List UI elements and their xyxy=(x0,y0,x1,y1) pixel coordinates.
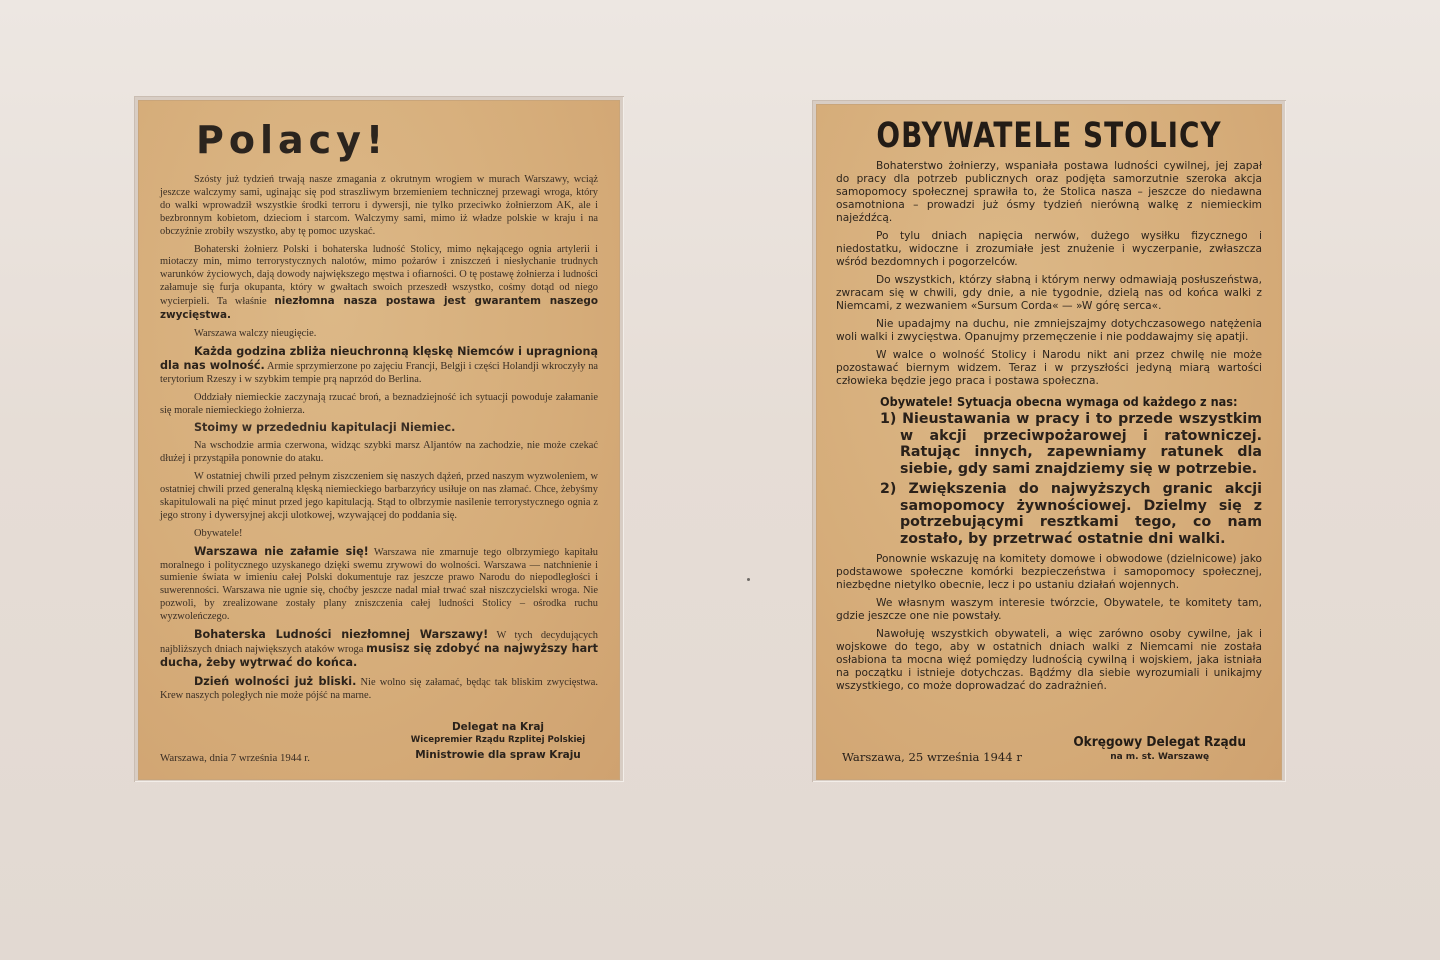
emphasis-text: Bohaterska Ludności niezłomnej Warszawy! xyxy=(194,628,488,641)
paragraph: Dzień wolności już bliski. Nie wolno się… xyxy=(160,676,598,703)
paragraph: Warszawa walczy nieugięcie. xyxy=(160,328,598,341)
paragraph: Na wschodzie armia czerwona, widząc szyb… xyxy=(160,440,598,466)
demand-item: 2) Zwiększenia do najwyższych granic akc… xyxy=(880,481,1262,547)
paragraph-text: W ostatniej chwili przed pełnym ziszczen… xyxy=(160,471,598,521)
poster-title: Polacy! xyxy=(196,118,598,162)
poster-title: OBYWATELE STOLICY xyxy=(836,116,1262,156)
paragraph: Bohaterska Ludności niezłomnej Warszawy!… xyxy=(160,629,598,671)
demand-item: 1) Nieustawania w pracy i to przede wszy… xyxy=(880,411,1262,477)
signature-line: Delegat na Kraj xyxy=(388,721,608,733)
emphasis-text: Dzień wolności już bliski. xyxy=(194,675,356,688)
mat-speck xyxy=(747,578,750,581)
paragraph: Nie upadajmy na duchu, nie zmniejszajmy … xyxy=(836,318,1262,344)
paragraph: Warszawa nie załamie się! Warszawa nie z… xyxy=(160,546,598,624)
paragraph-text: Szósty już tydzień trwają nasze zmagania… xyxy=(160,174,598,237)
signature-line: na m. st. Warszawę xyxy=(1073,752,1246,762)
poster-body: Szósty już tydzień trwają nasze zmagania… xyxy=(160,174,598,703)
paragraph: Po tylu dniach napięcia nerwów, dużego w… xyxy=(836,230,1262,269)
paragraph: Ponownie wskazuję na komitety domowe i o… xyxy=(836,553,1262,592)
signature-line: Wicepremier Rządu Rzplitej Polskiej xyxy=(388,735,608,745)
paragraph: Bohaterski żołnierz Polski i bohaterska … xyxy=(160,244,598,323)
signature-line: Okręgowy Delegat Rządu xyxy=(1073,734,1246,750)
signature-block: Delegat na Kraj Wicepremier Rządu Rzplit… xyxy=(388,721,608,761)
paragraph: W walce o wolność Stolicy i Narodu nikt … xyxy=(836,349,1262,388)
signature-block: Okręgowy Delegat Rządu na m. st. Warszaw… xyxy=(1073,734,1246,762)
poster-polacy: Polacy! Szósty już tydzień trwają nasze … xyxy=(138,100,620,780)
paragraph-text: Na wschodzie armia czerwona, widząc szyb… xyxy=(160,440,598,464)
paragraph-text: Oddziały niemieckie zaczynają rzucać bro… xyxy=(160,392,598,416)
poster-date: Warszawa, 25 września 1944 r xyxy=(842,750,1022,764)
paragraph: Szósty już tydzień trwają nasze zmagania… xyxy=(160,174,598,239)
poster-body: Bohaterstwo żołnierzy, wspaniała postawa… xyxy=(836,160,1262,693)
paragraph-text: Warszawa walczy nieugięcie. xyxy=(194,328,316,339)
paragraph-text: Obywatele! xyxy=(194,528,242,539)
paragraph: We własnym waszym interesie twórzcie, Ob… xyxy=(836,597,1262,623)
subheading: Stoimy w przededniu kapitulacji Niemiec. xyxy=(160,422,598,435)
signature-line: Ministrowie dla spraw Kraju xyxy=(388,749,608,761)
poster-date: Warszawa, dnia 7 września 1944 r. xyxy=(160,752,310,764)
paragraph: Do wszystkich, którzy słabną i którym ne… xyxy=(836,274,1262,313)
paragraph: Oddziały niemieckie zaczynają rzucać bro… xyxy=(160,392,598,418)
poster-obywatele-stolicy: OBYWATELE STOLICY Bohaterstwo żołnierzy,… xyxy=(816,104,1282,780)
demand-list: 1) Nieustawania w pracy i to przede wszy… xyxy=(880,411,1262,547)
paragraph: Obywatele! xyxy=(160,528,598,541)
emphasis-text: Warszawa nie załamie się! xyxy=(194,545,369,558)
paragraph: Nawołuję wszystkich obywateli, a więc za… xyxy=(836,628,1262,693)
paragraph: Bohaterstwo żołnierzy, wspaniała postawa… xyxy=(836,160,1262,225)
demand-heading: Obywatele! Sytuacja obecna wymaga od każ… xyxy=(880,394,1262,409)
paragraph: Każda godzina zbliża nieuchronną klęskę … xyxy=(160,346,598,387)
paragraph: W ostatniej chwili przed pełnym ziszczen… xyxy=(160,471,598,523)
